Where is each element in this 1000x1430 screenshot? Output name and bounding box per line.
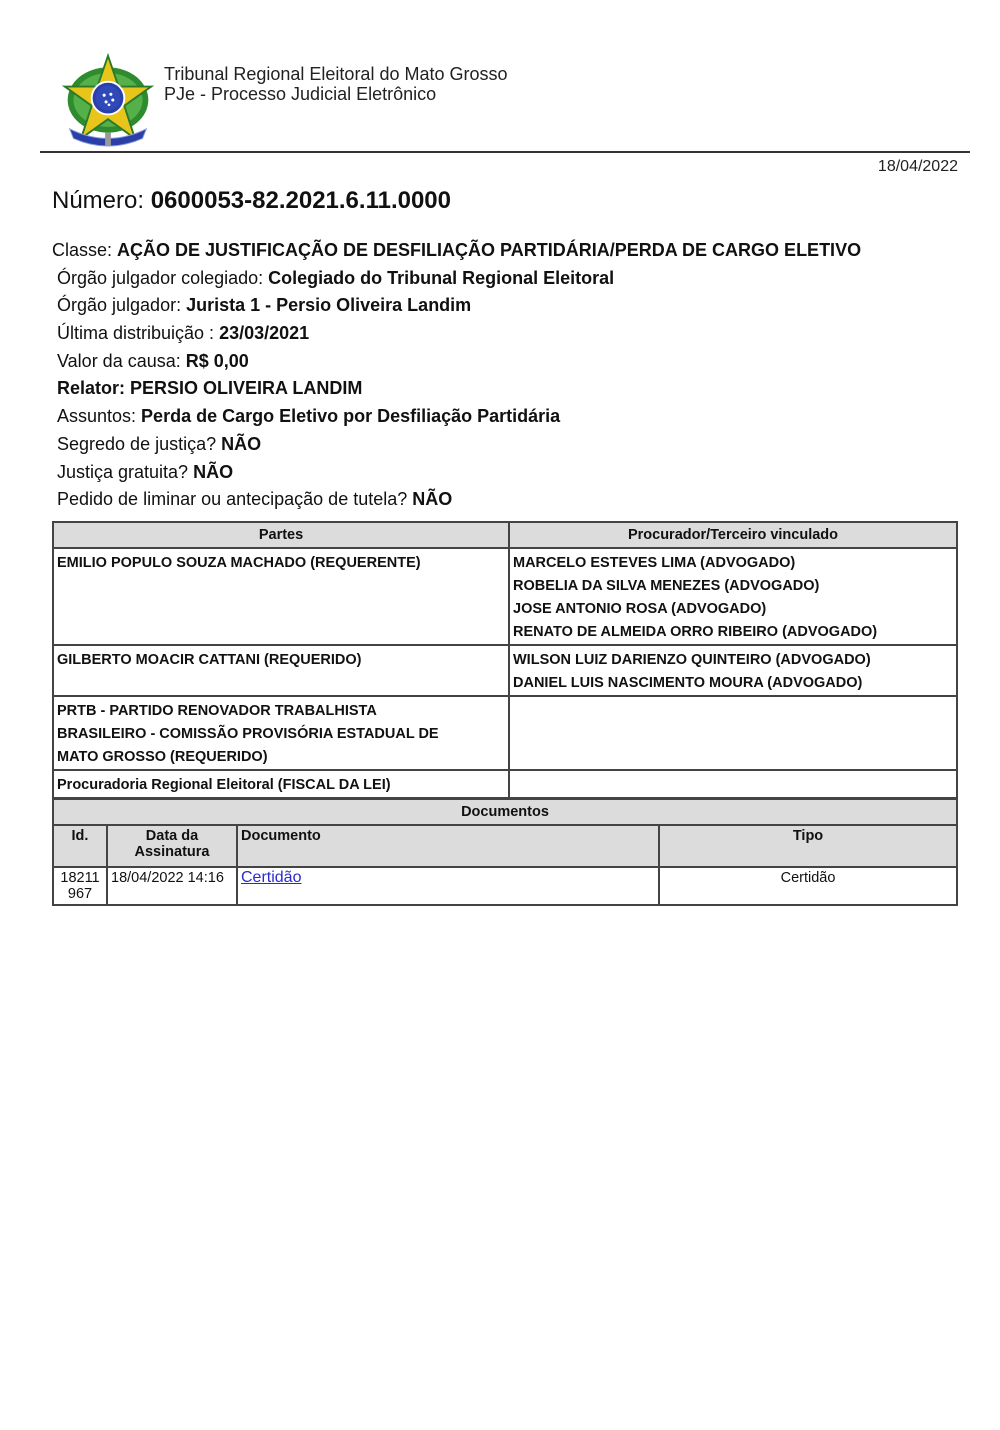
header-divider — [40, 151, 970, 153]
procurador-name: RENATO DE ALMEIDA ORRO RIBEIRO (ADVOGADO… — [513, 621, 952, 644]
column-header-data-assinatura: Data da Assinatura — [107, 825, 237, 867]
field-value: Perda de Cargo Eletivo por Desfiliação P… — [141, 406, 560, 426]
field-classe: Classe: AÇÃO DE JUSTIFICAÇÃO DE DESFILIA… — [52, 238, 861, 266]
field-value: NÃO — [221, 434, 261, 454]
field-value: NÃO — [412, 489, 452, 509]
field-label: Valor da causa: — [57, 351, 186, 371]
process-number-value: 0600053-82.2021.6.11.0000 — [151, 187, 451, 214]
partes-table: Partes Procurador/Terceiro vinculado EMI… — [52, 521, 958, 799]
procurador-cell — [509, 770, 957, 798]
document-date-cell: 18/04/2022 14:16 — [107, 867, 237, 905]
table-row: GILBERTO MOACIR CATTANI (REQUERIDO) WILS… — [53, 645, 957, 696]
process-number-label: Número: — [52, 187, 151, 214]
table-row: 18211 967 18/04/2022 14:16 Certidão Cert… — [53, 867, 957, 905]
procurador-name: MARCELO ESTEVES LIMA (ADVOGADO) — [513, 552, 952, 575]
documentos-title: Documentos — [53, 799, 957, 825]
field-label: Justiça gratuita? — [57, 462, 193, 482]
documentos-table: Documentos Id. Data da Assinatura Docume… — [52, 798, 958, 906]
partes-header-row: Partes Procurador/Terceiro vinculado — [53, 522, 957, 548]
field-relator: Relator: PERSIO OLIVEIRA LANDIM — [52, 376, 861, 404]
parte-cell: GILBERTO MOACIR CATTANI (REQUERIDO) — [53, 645, 509, 696]
field-ultima-distribuicao: Última distribuição : 23/03/2021 — [52, 321, 861, 349]
field-label: Órgão julgador: — [57, 295, 186, 315]
field-value: PERSIO OLIVEIRA LANDIM — [130, 378, 362, 398]
organization-name: Tribunal Regional Eleitoral do Mato Gros… — [164, 64, 508, 104]
parte-name: MATO GROSSO (REQUERIDO) — [57, 746, 504, 769]
field-pedido-liminar: Pedido de liminar ou antecipação de tute… — [52, 487, 861, 515]
column-header-partes: Partes — [53, 522, 509, 548]
documentos-title-row: Documentos — [53, 799, 957, 825]
column-header-procurador: Procurador/Terceiro vinculado — [509, 522, 957, 548]
brazil-coat-of-arms-icon — [60, 52, 156, 148]
field-label: Segredo de justiça? — [57, 434, 221, 454]
document-id-continued: 967 — [57, 886, 103, 902]
field-orgao-julgador: Órgão julgador: Jurista 1 - Persio Olive… — [52, 293, 861, 321]
field-orgao-colegiado: Órgão julgador colegiado: Colegiado do T… — [52, 266, 861, 294]
field-value: Colegiado do Tribunal Regional Eleitoral — [268, 268, 614, 288]
field-value: Jurista 1 - Persio Oliveira Landim — [186, 295, 471, 315]
document-id-cell: 18211 967 — [53, 867, 107, 905]
field-label: Relator: — [57, 378, 130, 398]
parte-name: EMILIO POPULO SOUZA MACHADO (REQUERENTE) — [57, 552, 504, 575]
field-justica-gratuita: Justiça gratuita? NÃO — [52, 460, 861, 488]
table-row: EMILIO POPULO SOUZA MACHADO (REQUERENTE)… — [53, 548, 957, 645]
procurador-cell: WILSON LUIZ DARIENZO QUINTEIRO (ADVOGADO… — [509, 645, 957, 696]
procurador-name: ROBELIA DA SILVA MENEZES (ADVOGADO) — [513, 575, 952, 598]
field-valor-causa: Valor da causa: R$ 0,00 — [52, 349, 861, 377]
parte-name: GILBERTO MOACIR CATTANI (REQUERIDO) — [57, 649, 504, 672]
field-value: 23/03/2021 — [219, 323, 309, 343]
field-value: AÇÃO DE JUSTIFICAÇÃO DE DESFILIAÇÃO PART… — [117, 240, 861, 260]
procurador-name: JOSE ANTONIO ROSA (ADVOGADO) — [513, 598, 952, 621]
field-value: R$ 0,00 — [186, 351, 249, 371]
field-label: Assuntos: — [57, 406, 141, 426]
procurador-name: WILSON LUIZ DARIENZO QUINTEIRO (ADVOGADO… — [513, 649, 952, 672]
column-header-id: Id. — [53, 825, 107, 867]
parte-name: Procuradoria Regional Eleitoral (FISCAL … — [57, 774, 504, 797]
process-fields: Classe: AÇÃO DE JUSTIFICAÇÃO DE DESFILIA… — [52, 238, 861, 515]
parte-cell: PRTB - PARTIDO RENOVADOR TRABALHISTA BRA… — [53, 696, 509, 770]
document-type-cell: Certidão — [659, 867, 957, 905]
process-number: Número: 0600053-82.2021.6.11.0000 — [52, 187, 451, 215]
field-assuntos: Assuntos: Perda de Cargo Eletivo por Des… — [52, 404, 861, 432]
field-label: Última distribuição : — [57, 323, 219, 343]
parte-cell: EMILIO POPULO SOUZA MACHADO (REQUERENTE) — [53, 548, 509, 645]
field-label: Pedido de liminar ou antecipação de tute… — [57, 489, 412, 509]
table-row: Procuradoria Regional Eleitoral (FISCAL … — [53, 770, 957, 798]
org-line-system: PJe - Processo Judicial Eletrônico — [164, 84, 508, 104]
column-header-tipo: Tipo — [659, 825, 957, 867]
column-header-documento: Documento — [237, 825, 659, 867]
document-name-cell: Certidão — [237, 867, 659, 905]
document-id: 18211 — [57, 870, 103, 886]
document-header: Tribunal Regional Eleitoral do Mato Gros… — [60, 52, 540, 152]
field-value: NÃO — [193, 462, 233, 482]
field-label: Órgão julgador colegiado: — [57, 268, 268, 288]
field-segredo-justica: Segredo de justiça? NÃO — [52, 432, 861, 460]
documentos-header-row: Id. Data da Assinatura Documento Tipo — [53, 825, 957, 867]
procurador-cell — [509, 696, 957, 770]
document-date: 18/04/2022 — [878, 158, 958, 176]
parte-cell: Procuradoria Regional Eleitoral (FISCAL … — [53, 770, 509, 798]
org-line-tribunal: Tribunal Regional Eleitoral do Mato Gros… — [164, 64, 508, 84]
document-link[interactable]: Certidão — [241, 869, 301, 886]
field-label: Classe: — [52, 240, 117, 260]
procurador-name: DANIEL LUIS NASCIMENTO MOURA (ADVOGADO) — [513, 672, 952, 695]
parte-name: PRTB - PARTIDO RENOVADOR TRABALHISTA — [57, 700, 504, 723]
parte-name: BRASILEIRO - COMISSÃO PROVISÓRIA ESTADUA… — [57, 723, 504, 746]
procurador-cell: MARCELO ESTEVES LIMA (ADVOGADO) ROBELIA … — [509, 548, 957, 645]
table-row: PRTB - PARTIDO RENOVADOR TRABALHISTA BRA… — [53, 696, 957, 770]
